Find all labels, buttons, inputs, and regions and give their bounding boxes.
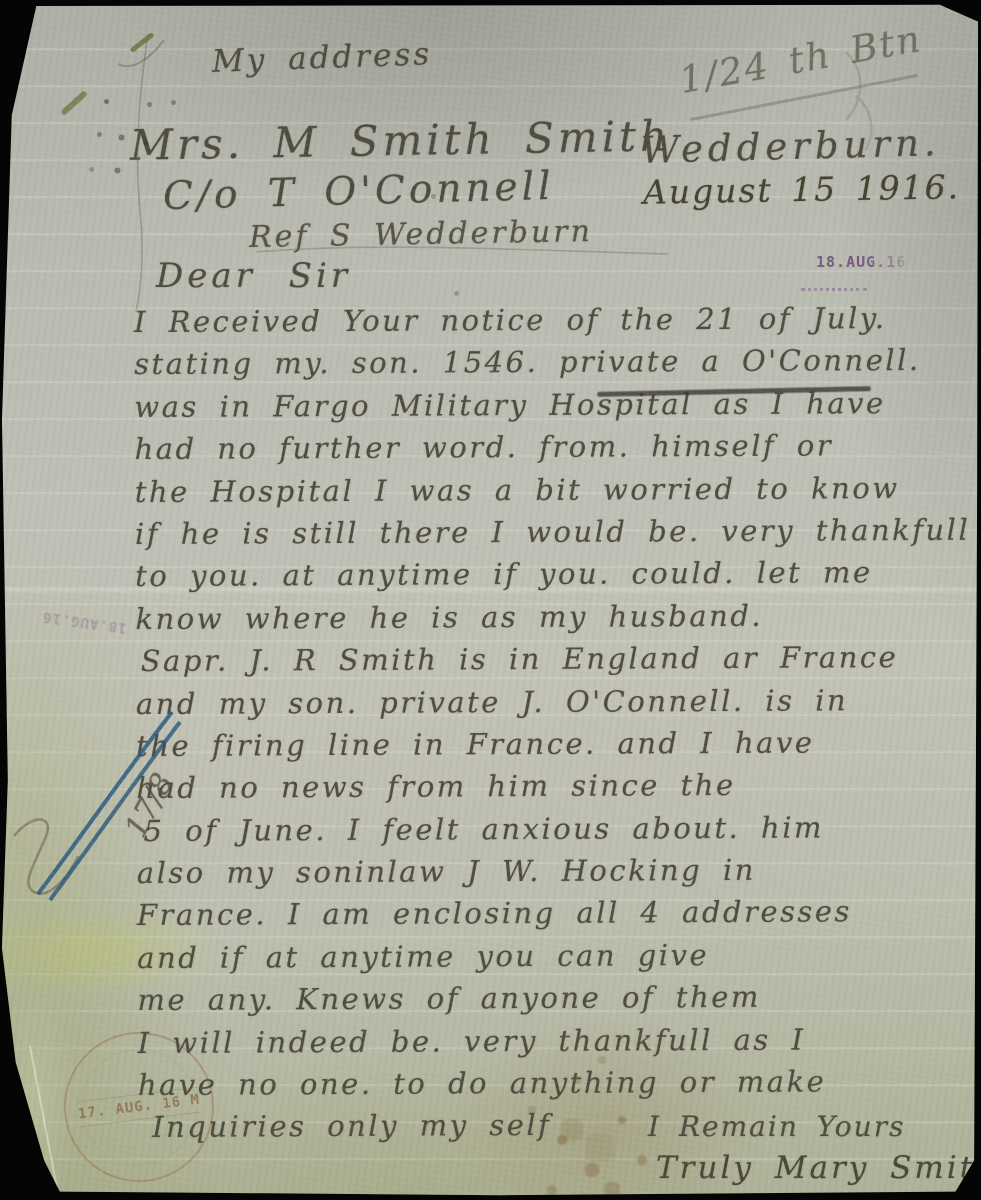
closing-remain: I Remain Yours: [648, 1110, 905, 1143]
body-line: France. I am enclosing all 4 addresses: [137, 890, 917, 936]
body-line: had no news from him since the: [136, 763, 916, 809]
circular-postmark-stamp: 17. AUG. 16 M: [55, 1023, 222, 1190]
received-stamp-dotted-line: [801, 288, 867, 291]
pencil-underline-stroke: [690, 74, 918, 121]
body-line: and if at anytime you can give: [137, 933, 917, 979]
letter-body: I Received Your notice of the 21 of July…: [134, 297, 918, 1149]
debris-mark: [129, 32, 154, 53]
debris-mark: [60, 90, 88, 116]
pencil-date-fraction: 17/8: [118, 768, 181, 844]
body-line: the Hospital I was a bit worried to know: [135, 467, 915, 513]
postmark-inner-ring: [74, 1042, 203, 1171]
body-line: was in Fargo Military Hospital as I have: [134, 382, 914, 428]
scanned-letter: My address Mrs. M Smith Smith C/o T O'Co…: [0, 0, 981, 1200]
pin-holes: [0, 0, 3, 3]
body-line: I will indeed be. very thankfull as I: [138, 1018, 918, 1064]
body-line: and my son. private J. O'Connell. is in: [136, 678, 916, 724]
pencil-and-crease-marks: [0, 0, 981, 1200]
place-line: Wedderburn.: [640, 121, 941, 172]
body-line: the firing line in France. and I have: [136, 721, 916, 767]
body-line: me any. Knews of anyone of them: [137, 975, 917, 1021]
body-line: I Received Your notice of the 21 of July…: [134, 297, 914, 343]
body-line: know where he is as my husband.: [135, 594, 915, 640]
paper-stains: [0, 0, 981, 1200]
ref-line: Ref S Wedderburn: [249, 214, 593, 255]
care-of-line: C/o T O'Connell: [162, 164, 555, 219]
address-label: My address: [211, 36, 432, 80]
body-line: 5 of June. I feelt anxious about. him: [143, 806, 916, 852]
signature: Truly Mary Smith: [656, 1150, 981, 1186]
body-line: Sapr. J. R Smith is in England ar France: [141, 636, 916, 682]
body-line: have no one. to do anything or make: [138, 1060, 918, 1106]
body-line: Inquiries only my self: [152, 1102, 918, 1148]
body-line: stating my. son. 1546. private a O'Conne…: [134, 339, 914, 385]
letter-paper: My address Mrs. M Smith Smith C/o T O'Co…: [0, 0, 981, 1200]
sender-name: Mrs. M Smith Smith: [130, 111, 672, 169]
battalion-pencil-note: 1/24 th Btn: [676, 17, 925, 102]
body-line: to you. at anytime if you. could. let me: [135, 551, 915, 597]
body-line: if he is still there I would be. very th…: [135, 509, 915, 555]
offset-received-stamp: 18.AUG.16: [41, 608, 127, 636]
body-line: also my soninlaw J W. Hocking in: [137, 848, 917, 894]
date-line: August 15 1916.: [643, 167, 961, 212]
body-line: had no further word. from. himself or: [134, 424, 914, 470]
ink-spatter-stain: [470, 1018, 474, 1022]
oconnell-underline: [597, 386, 871, 397]
salutation: Dear Sir: [156, 256, 351, 296]
received-date-stamp: 18.AUG.16: [816, 253, 906, 271]
postmark-date-text: 17. AUG. 16 M: [77, 1087, 202, 1128]
